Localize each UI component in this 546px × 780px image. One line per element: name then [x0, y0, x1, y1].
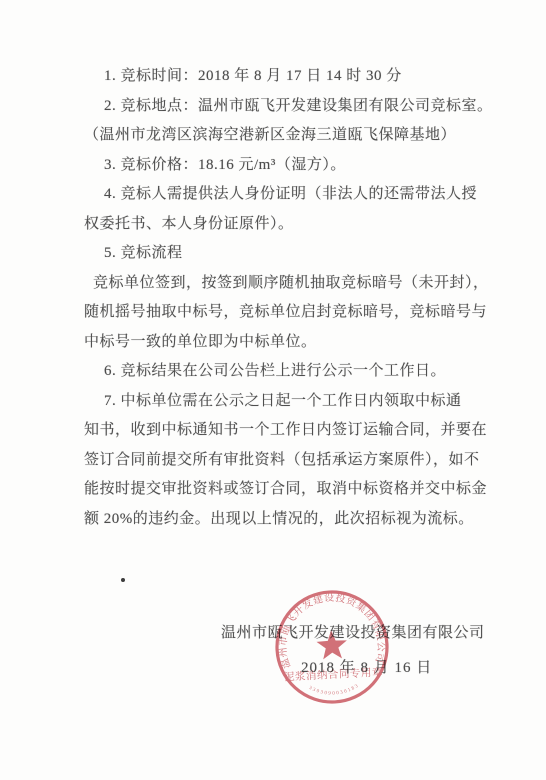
doc-line: 4. 竞标人需提供法人身份证明（非法人的还需带法人授: [104, 180, 486, 210]
doc-line: 签订合同前提交所有审批资料（包括承运方案原件），如不: [84, 446, 486, 476]
doc-line: 5. 竞标流程: [104, 239, 486, 269]
seal-serial-number: 3303090030183: [308, 683, 361, 698]
scanned-document-page: 1. 竞标时间：2018 年 8 月 17 日 14 时 30 分 2. 竞标地…: [0, 0, 546, 780]
seal-star-icon: [316, 629, 348, 659]
doc-line: 3. 竞标价格：18.16 元/m³（湿方）。: [104, 151, 486, 181]
doc-line: 6. 竞标结果在公司公告栏上进行公示一个工作日。: [104, 357, 486, 387]
seal-title-text: 泥浆消纳合同专用章: [284, 665, 384, 683]
doc-line: 额 20%的违约金。出现以上情况的，此次招标视为流标。: [84, 505, 486, 535]
seal-arc-text: 温州市瓯飞开发建设投资集团有限公司: [273, 588, 388, 670]
doc-line: 权委托书、本人身份证原件）。: [84, 210, 486, 240]
company-seal: 温州市瓯飞开发建设投资集团有限公司 泥浆消纳合同专用章 330309003018…: [269, 584, 395, 710]
doc-line: 竞标单位签到，按签到顺序随机抽取竞标暗号（未开封），: [93, 269, 486, 299]
doc-line: 能按时提交审批资料或签订合同，取消中标资格并交中标金: [84, 475, 486, 505]
ink-dot: [121, 578, 125, 582]
document-body: 1. 竞标时间：2018 年 8 月 17 日 14 时 30 分 2. 竞标地…: [84, 62, 486, 534]
doc-line: 知书，收到中标通知书一个工作日内签订运输合同，并要在: [84, 416, 486, 446]
doc-line: 1. 竞标时间：2018 年 8 月 17 日 14 时 30 分: [104, 62, 486, 92]
doc-line: 7. 中标单位需在公示之日起一个工作日内领取中标通: [104, 387, 486, 417]
doc-line: 随机摇号抽取中标号，竞标单位启封竞标暗号，竞标暗号与: [84, 298, 486, 328]
doc-line: （温州市龙湾区滨海空港新区金海三道瓯飞保障基地）: [84, 121, 486, 151]
doc-line: 2. 竞标地点：温州市瓯飞开发建设集团有限公司竞标室。: [104, 92, 486, 122]
doc-line: 中标号一致的单位即为中标单位。: [84, 328, 486, 358]
